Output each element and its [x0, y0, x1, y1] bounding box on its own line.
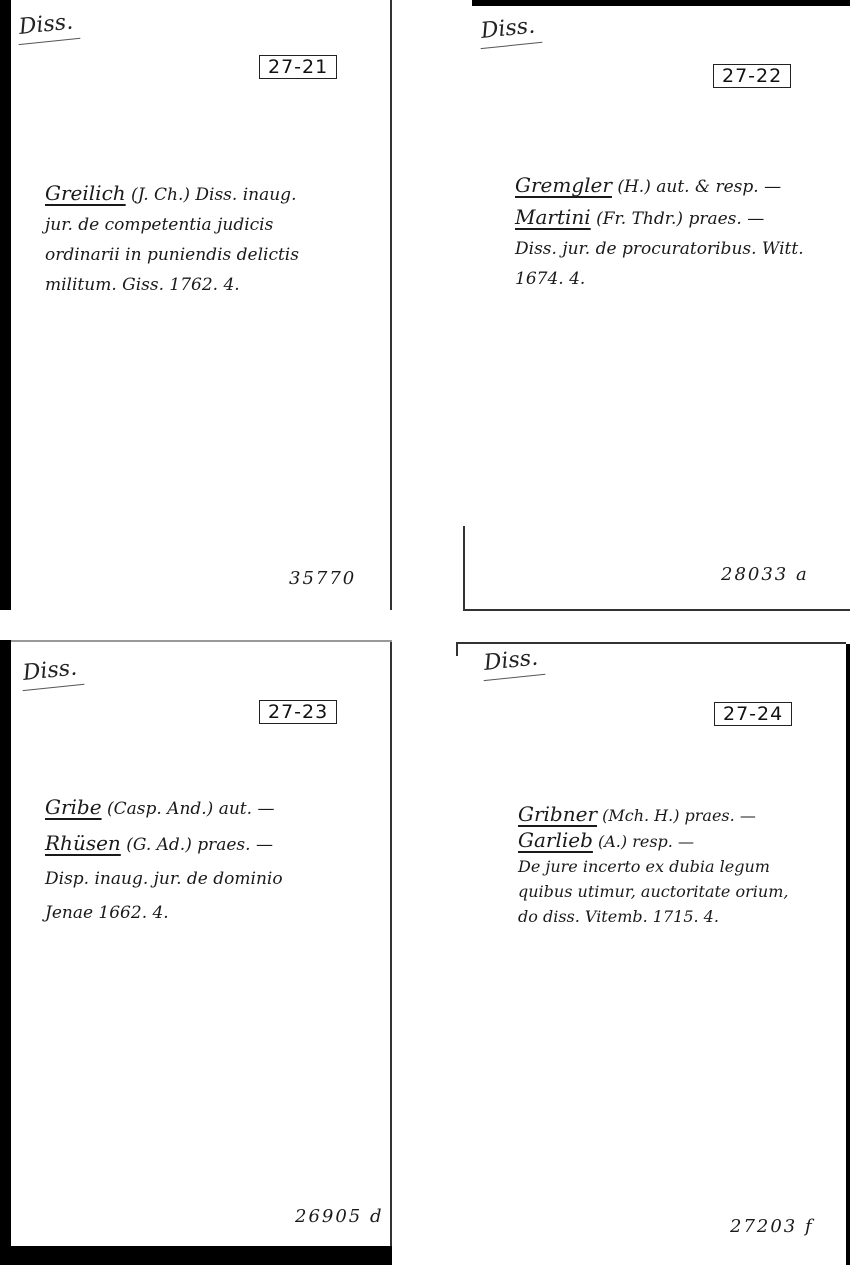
- author-heading: Gribe: [45, 795, 102, 819]
- entry-line: Rhüsen (G. Ad.) praes. —: [45, 826, 283, 862]
- card-entry: Gribner (Mch. H.) praes. — Garlieb (A.) …: [518, 802, 788, 929]
- card-edge: [456, 642, 458, 656]
- entry-line: ordinarii in puniendis delictis: [45, 240, 299, 270]
- card-edge: [463, 609, 850, 611]
- entry-line: Gribe (Casp. And.) aut. —: [45, 790, 283, 826]
- category-mark: Diss.: [478, 13, 543, 49]
- catalog-card-27-21: Diss. 27-21 Greilich (J. Ch.) Diss. inau…: [11, 0, 392, 610]
- catalog-card-27-24: Diss. 27-24 Gribner (Mch. H.) praes. — G…: [456, 642, 846, 1265]
- respondent-heading: Garlieb: [518, 828, 593, 852]
- entry-line: Jenae 1662. 4.: [45, 896, 283, 930]
- scan-border-left-top: [0, 0, 11, 610]
- card-entry: Gremgler (H.) aut. & resp. — Martini (Fr…: [515, 170, 804, 294]
- author-heading: Gremgler: [515, 173, 612, 197]
- card-number-stamp: 27-24: [714, 702, 792, 726]
- scan-border-left-bottom: [0, 640, 11, 1265]
- entry-line: Disp. inaug. jur. de dominio: [45, 862, 283, 896]
- entry-line: militum. Giss. 1762. 4.: [45, 270, 299, 300]
- entry-line: Garlieb (A.) resp. —: [518, 828, 788, 854]
- entry-line: Gremgler (H.) aut. & resp. —: [515, 170, 804, 202]
- author-heading: Greilich: [45, 181, 126, 205]
- category-mark: Diss.: [16, 9, 81, 45]
- entry-line: Martini (Fr. Thdr.) praes. —: [515, 202, 804, 234]
- entry-line: Greilich (J. Ch.) Diss. inaug.: [45, 178, 299, 210]
- entry-line: do diss. Vitemb. 1715. 4.: [518, 904, 788, 929]
- card-edge: [11, 640, 392, 642]
- entry-line: 1674. 4.: [515, 264, 804, 294]
- card-edge: [463, 526, 465, 611]
- praeses-heading: Gribner: [518, 802, 597, 826]
- praeses-heading: Rhüsen: [45, 831, 121, 855]
- card-edge: [390, 0, 392, 610]
- card-edge: [456, 642, 846, 644]
- scan-border-right-bottom: [846, 644, 850, 1265]
- category-mark: Diss.: [20, 655, 85, 691]
- scan-border-bottom-left: [0, 1246, 392, 1265]
- card-edge: [390, 640, 392, 1246]
- card-entry: Gribe (Casp. And.) aut. — Rhüsen (G. Ad.…: [45, 790, 283, 930]
- card-number-stamp: 27-21: [259, 55, 337, 79]
- accession-number: 35770: [289, 568, 356, 589]
- entry-line: jur. de competentia judicis: [45, 210, 299, 240]
- catalog-card-27-23: Diss. 27-23 Gribe (Casp. And.) aut. — Rh…: [11, 640, 392, 1246]
- entry-line: quibus utimur, auctoritate orium,: [518, 879, 788, 904]
- entry-line: De jure incerto ex dubia legum: [518, 854, 788, 879]
- accession-number: 28033 a: [721, 564, 809, 585]
- card-number-stamp: 27-22: [713, 64, 791, 88]
- category-mark: Diss.: [481, 645, 546, 681]
- entry-line: Diss. jur. de procuratoribus. Witt.: [515, 234, 804, 264]
- entry-line: Gribner (Mch. H.) praes. —: [518, 802, 788, 828]
- card-number-stamp: 27-23: [259, 700, 337, 724]
- accession-number: 26905 d: [295, 1206, 384, 1227]
- catalog-card-27-22: Diss. 27-22 Gremgler (H.) aut. & resp. —…: [463, 6, 850, 611]
- accession-number: 27203 f: [730, 1216, 814, 1237]
- card-entry: Greilich (J. Ch.) Diss. inaug. jur. de c…: [45, 178, 299, 300]
- praeses-heading: Martini: [515, 205, 591, 229]
